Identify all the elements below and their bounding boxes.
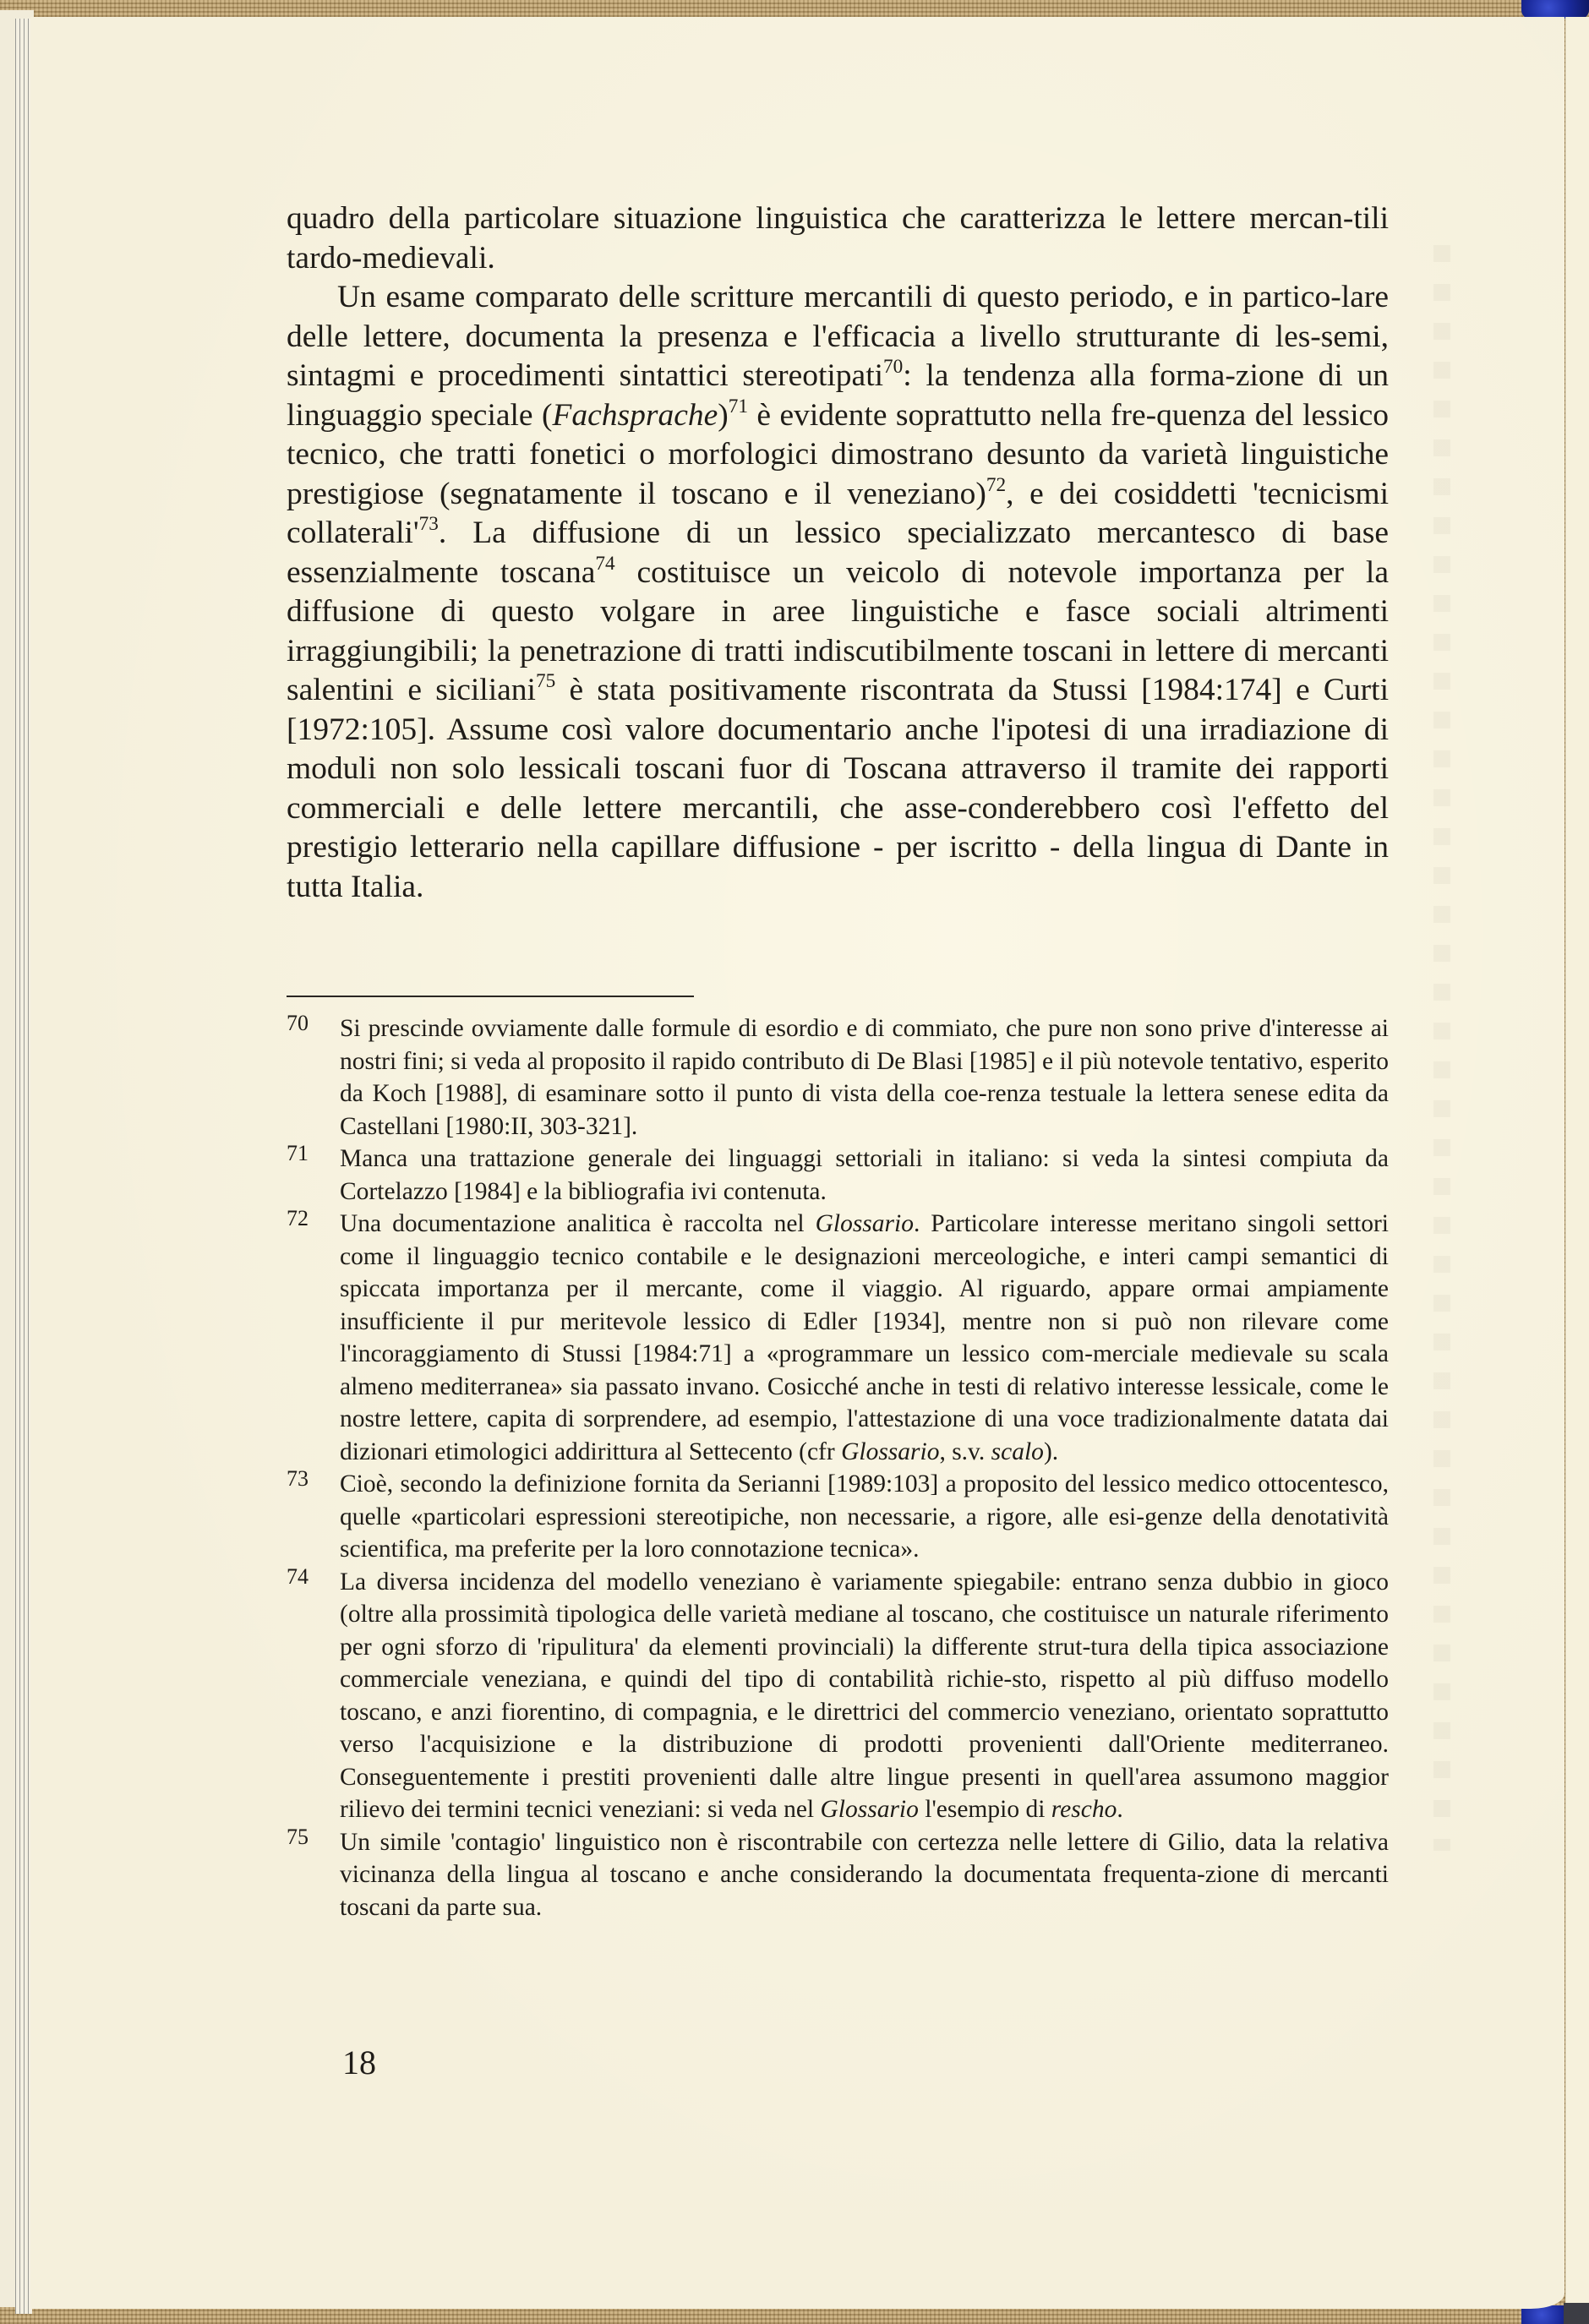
text-run: quadro della particolare situazione ling… — [287, 201, 1389, 275]
footnote-73: 73Cioè, secondo la definizione fornita d… — [287, 1468, 1389, 1566]
text-run: ) — [718, 398, 729, 433]
footnote-reference: 71 — [729, 395, 748, 417]
footnote-70: 70Si prescinde ovviamente dalle formule … — [287, 1012, 1389, 1143]
italic-term: Glossario — [816, 1210, 914, 1237]
footnote-number: 74 — [287, 1561, 309, 1594]
show-through — [1433, 245, 1450, 1851]
footnote-71: 71Manca una trattazione generale dei lin… — [287, 1143, 1389, 1208]
page-edges — [15, 19, 32, 2314]
footnote-number: 73 — [287, 1463, 309, 1496]
paragraph: quadro della particolare situazione ling… — [287, 199, 1389, 278]
text-run: . — [1117, 1796, 1122, 1823]
footnote-reference: 70 — [883, 356, 903, 378]
text-run: Si prescinde ovviamente dalle formule di… — [340, 1015, 1389, 1140]
footnote-75: 75Un simile 'contagio' linguistico non è… — [287, 1826, 1389, 1924]
main-text: quadro della particolare situazione ling… — [287, 199, 1389, 907]
footnote-72: 72Una documentazione analitica è raccolt… — [287, 1208, 1389, 1468]
footnote-reference: 72 — [986, 473, 1006, 495]
footnote-reference: 73 — [419, 513, 439, 535]
footnote-number: 75 — [287, 1821, 309, 1854]
text-run: Un simile 'contagio' linguistico non è r… — [340, 1829, 1389, 1921]
footnotes: 70Si prescinde ovviamente dalle formule … — [287, 1012, 1389, 1923]
text-run: La diversa incidenza del modello venezia… — [340, 1568, 1389, 1824]
body-paragraphs: quadro della particolare situazione ling… — [287, 199, 1389, 907]
text-run: è stata positivamente riscontrata da Stu… — [287, 673, 1389, 904]
footnote-number: 70 — [287, 1007, 309, 1040]
table-shadow — [1564, 2303, 1589, 2324]
text-run: Cioè, secondo la definizione fornita da … — [340, 1470, 1389, 1563]
page-number: 18 — [342, 2043, 376, 2082]
footnote-number: 72 — [287, 1203, 309, 1236]
italic-term: scalo — [991, 1438, 1044, 1465]
italic-term: rescho — [1051, 1796, 1117, 1823]
next-page-edge — [1565, 17, 1589, 2303]
italic-term: Fachsprache — [552, 398, 718, 433]
text-run: Una documentazione analitica è raccolta … — [340, 1210, 816, 1237]
footnote-number: 71 — [287, 1137, 309, 1170]
italic-term: Glossario — [841, 1438, 939, 1465]
paragraph: Un esame comparato delle scritture merca… — [287, 278, 1389, 907]
text-run: Manca una trattazione generale dei lingu… — [340, 1145, 1389, 1205]
footnote-separator — [287, 996, 694, 997]
footnote-reference: 74 — [595, 552, 614, 574]
bookmark-ribbon-top — [1521, 0, 1589, 19]
text-run: . Particolare interesse meritano singoli… — [340, 1210, 1389, 1465]
text-run: l'esempio di — [919, 1796, 1051, 1823]
footnote-reference: 75 — [536, 670, 555, 692]
text-run: ). — [1044, 1438, 1058, 1465]
text-run: , s.v. — [939, 1438, 991, 1465]
footnote-74: 74La diversa incidenza del modello venez… — [287, 1566, 1389, 1826]
italic-term: Glossario — [820, 1796, 918, 1823]
